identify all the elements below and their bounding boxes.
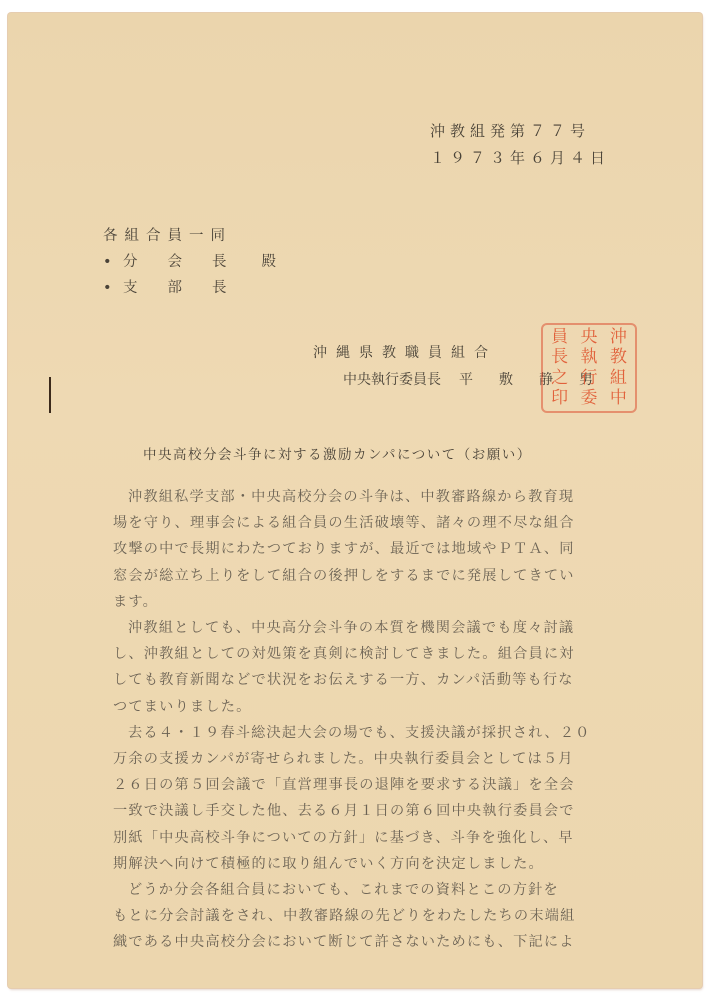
recipient-title: 分 xyxy=(123,249,168,275)
body-line: 別紙「中央高校斗争についての方針」に基づき、斗争を強化し、早 xyxy=(113,825,673,851)
seal-character: 之 xyxy=(545,370,574,387)
document-date: １９７３年６月４日 xyxy=(430,145,610,172)
bullet-icon: • xyxy=(103,275,111,301)
seal-character: 長 xyxy=(545,349,574,366)
body-line: し、沖教組としての対処策を真剣に検討してきました。組合員に対 xyxy=(113,641,673,667)
recipient-title: 部 xyxy=(168,275,213,301)
recipient-title: 長 xyxy=(212,249,227,275)
document-header: 沖教組発第７７号 １９７３年６月４日 xyxy=(430,118,610,172)
official-seal-stamp: 沖教組中央執行委員長之印 xyxy=(541,323,637,413)
body-line: つてまいりました。 xyxy=(113,694,673,720)
document-title: 中央高校分会斗争に対する激励カンパについて（お願い） xyxy=(143,443,532,463)
seal-character: 教 xyxy=(604,349,633,366)
recipient-all-members: 各組合員一同 xyxy=(103,223,276,249)
body-line: 沖教組私学支部・中央高校分会の斗争は、中教審路線から教育現 xyxy=(113,484,673,510)
body-line: 万余の支援カンパが寄せられました。中央執行委員会としては５月 xyxy=(113,746,673,772)
seal-character: 委 xyxy=(574,390,603,407)
body-line: 去る４・１９春斗総決起大会の場でも、支援決議が採択され、２０ xyxy=(113,720,673,746)
body-line: 一致で決議し手交した他、去る６月１日の第６回中央執行委員会で xyxy=(113,798,673,824)
seal-character: 沖 xyxy=(604,329,633,346)
seal-character: 印 xyxy=(545,390,574,407)
recipient-title: 会 xyxy=(168,249,213,275)
body-line: しても教育新聞などで状況をお伝えする一方、カンパ活動等も行な xyxy=(113,667,673,693)
honorific: 殿 xyxy=(262,249,277,275)
bullet-icon: • xyxy=(103,249,111,275)
body-line: 場を守り、理事会による組合員の生活破壊等、諸々の理不尽な組合 xyxy=(113,510,673,536)
body-line: 期解決へ向けて積極的に取り組んでいく方向を決定しました。 xyxy=(113,851,673,877)
body-line: 窓会が総立ち上りをして組合の後押しをするまでに発展してきてい xyxy=(113,563,673,589)
seal-character: 員 xyxy=(545,329,574,346)
recipient-title: 長 xyxy=(212,275,227,301)
body-line: 攻撃の中で長期にわたつておりますが、最近では地域やＰＴＡ、同 xyxy=(113,536,673,562)
body-line: 織である中央高校分会において断じて許さないためにも、下記によ xyxy=(113,929,673,955)
seal-character: 組 xyxy=(604,370,633,387)
body-line: 沖教組としても、中央高分会斗争の本質を機関会議でも度々討議 xyxy=(113,615,673,641)
sender-position: 中央執行委員長 xyxy=(343,372,441,388)
seal-character: 執 xyxy=(574,349,603,366)
seal-character: 中 xyxy=(604,390,633,407)
body-line: もとに分会討議をされ、中教審路線の先どりをわたしたちの末端組 xyxy=(113,903,673,929)
reference-number: 沖教組発第７７号 xyxy=(430,118,610,145)
recipient-branch-heads: • 分 会 長 殿 xyxy=(103,249,276,275)
binding-mark xyxy=(49,377,51,413)
document-body: 沖教組私学支部・中央高校分会の斗争は、中教審路線から教育現場を守り、理事会による… xyxy=(113,484,673,956)
recipient-title: 支 xyxy=(123,275,168,301)
body-line: どうか分会各組合員においても、これまでの資料とこの方針を xyxy=(113,877,673,903)
body-line: ます。 xyxy=(113,589,673,615)
seal-character: 央 xyxy=(574,329,603,346)
body-line: ２６日の第５回会議で「直営理事長の退陣を要求する決議」を全会 xyxy=(113,772,673,798)
recipients-block: 各組合員一同 • 分 会 長 殿 • 支 部 長 xyxy=(103,223,276,301)
recipient-division-heads: • 支 部 長 xyxy=(103,275,276,301)
seal-character: 行 xyxy=(574,370,603,387)
